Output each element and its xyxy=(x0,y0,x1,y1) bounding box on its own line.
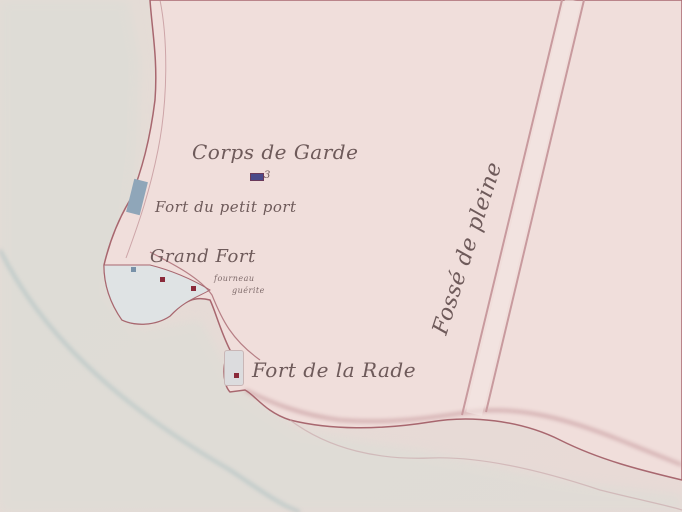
map-drawing xyxy=(0,0,682,512)
grand-fort-blue-marker xyxy=(131,267,136,272)
corps-de-garde-marker xyxy=(250,173,264,181)
label-fort-petit-port: Fort du petit port xyxy=(155,198,297,216)
label-grand-fort: Grand Fort xyxy=(150,246,256,267)
grand-fort-marker-1 xyxy=(160,277,165,282)
fort-rade-building xyxy=(224,350,244,386)
label-grand-fort-guerite: guérite xyxy=(232,286,265,295)
label-corps-de-garde: Corps de Garde xyxy=(192,140,358,164)
map-canvas: 3 Corps de Garde Fort du petit port Gran… xyxy=(0,0,682,512)
label-fort-de-la-rade: Fort de la Rade xyxy=(252,358,416,382)
fort-rade-marker xyxy=(234,373,239,378)
grand-fort-marker-2 xyxy=(191,286,196,291)
corps-de-garde-number: 3 xyxy=(264,170,270,181)
label-grand-fort-fourneau: fourneau xyxy=(214,274,255,283)
